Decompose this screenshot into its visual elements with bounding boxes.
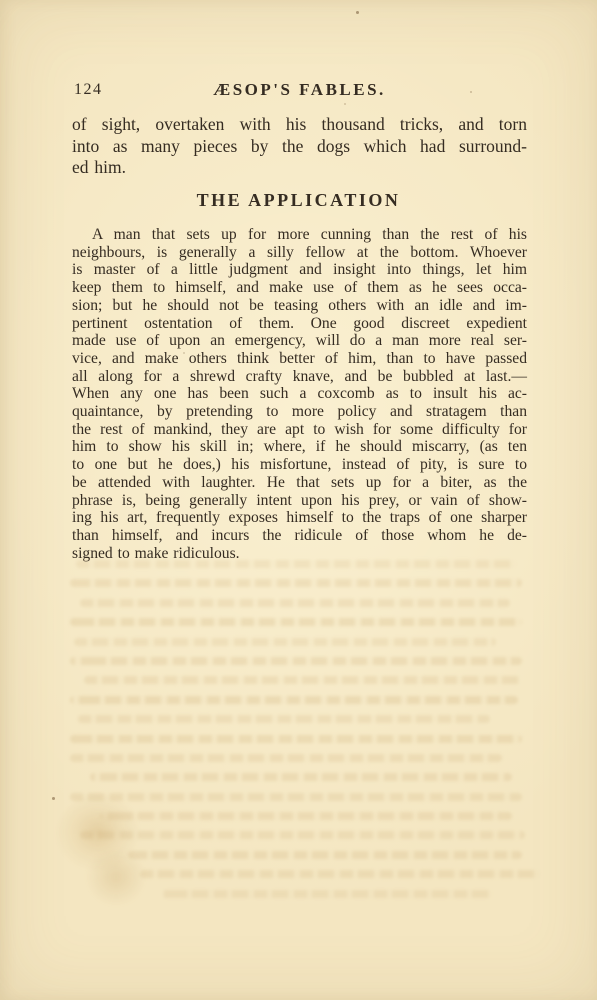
bleed-line	[78, 715, 490, 723]
text-line: keep them to himself, and make use of th…	[72, 279, 527, 297]
paper-stain-small	[86, 848, 146, 906]
book-page-scan: 124 ÆSOP'S FABLES. of sight, overtaken w…	[0, 0, 597, 1000]
text-line: neighbours, is generally a silly fellow …	[72, 244, 527, 262]
page-header: 124 ÆSOP'S FABLES.	[72, 80, 527, 102]
text-line: sion; but he should not be teasing other…	[72, 297, 527, 315]
bleed-line	[70, 579, 522, 587]
text-line: quaintance, by pretending to more policy…	[72, 403, 527, 421]
bleed-line	[140, 870, 540, 878]
bleed-line	[70, 618, 522, 626]
bleed-line	[70, 793, 522, 801]
text-line: phrase is, being generally intent upon h…	[72, 492, 527, 510]
text-line: of sight, overtaken with his thousand tr…	[72, 114, 527, 136]
text-line: into as many pieces by the dogs which ha…	[72, 136, 527, 158]
bleed-line	[70, 657, 522, 665]
text-line: all along for a shrewd crafty knave, and…	[72, 368, 527, 386]
bleed-line	[162, 890, 492, 898]
paper-speck	[470, 91, 472, 93]
page-number: 124	[74, 81, 103, 99]
bleed-line	[100, 812, 512, 820]
text-line: to one but he does,) his misfortune, ins…	[72, 456, 527, 474]
text-line: ed him.	[72, 157, 527, 179]
text-line: be attended with laughter. He that sets …	[72, 474, 527, 492]
bleed-line	[70, 696, 518, 704]
bleed-line	[84, 676, 520, 684]
application-paragraph: A man that sets up for more cunning than…	[72, 226, 527, 562]
text-line: made use of upon an emergency, will do a…	[72, 332, 527, 350]
bleed-line	[70, 735, 522, 743]
text-line: is master of a little judgment and insig…	[72, 261, 527, 279]
bleed-line	[90, 773, 512, 781]
text-line: vice, and make others think better of hi…	[72, 350, 527, 368]
text-line: pertinent ostentation of them. One good …	[72, 315, 527, 333]
bleed-line	[74, 638, 496, 646]
bleed-line	[128, 851, 522, 859]
text-line: A man that sets up for more cunning than…	[72, 226, 527, 244]
text-line: ing his art, frequently exposes himself …	[72, 509, 527, 527]
bleed-line	[76, 560, 516, 568]
application-heading: THE APPLICATION	[0, 190, 597, 211]
paper-speck	[183, 352, 185, 354]
bleed-line	[70, 754, 502, 762]
paper-speck	[344, 103, 346, 105]
text-line: him to show his skill in; where, if he s…	[72, 438, 527, 456]
text-line: the rest of mankind, they are apt to wis…	[72, 421, 527, 439]
text-line: than himself, and incurs the ridicule of…	[72, 527, 527, 545]
bleed-line	[80, 599, 510, 607]
running-title: ÆSOP'S FABLES.	[72, 80, 527, 100]
paper-speck	[356, 11, 359, 14]
fable-ending-paragraph: of sight, overtaken with his thousand tr…	[72, 114, 527, 179]
paper-speck	[52, 797, 55, 800]
text-line: When any one has been such a coxcomb as …	[72, 385, 527, 403]
